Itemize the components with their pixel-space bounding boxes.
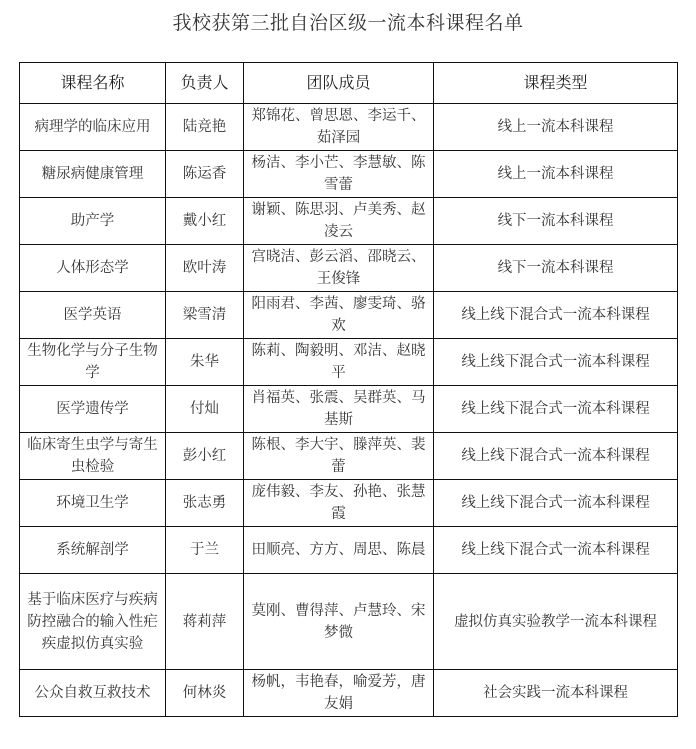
course-type-cell: 线上线下混合式一流本科课程 xyxy=(434,292,678,339)
table-row: 医学英语 梁雪清 阳雨君、李茜、廖雯琦、骆欢 线上线下混合式一流本科课程 xyxy=(20,292,678,339)
leader-cell: 蒋莉萍 xyxy=(166,574,244,670)
members-cell: 陈根、李大宇、滕萍英、裴蕾 xyxy=(243,433,433,480)
course-type-cell: 线上线下混合式一流本科课程 xyxy=(434,527,678,574)
course-name-cell: 医学英语 xyxy=(20,292,166,339)
course-name-cell: 助产学 xyxy=(20,198,166,245)
members-cell: 陈莉、陶毅明、邓洁、赵晓平 xyxy=(243,339,433,386)
table-row: 病理学的临床应用 陆竞艳 郑锦花、曾思恩、李运千、茹泽园 线上一流本科课程 xyxy=(20,104,678,151)
leader-cell: 戴小红 xyxy=(166,198,244,245)
course-type-cell: 线上线下混合式一流本科课程 xyxy=(434,339,678,386)
table-row: 医学遗传学 付灿 肖福英、张震、吴群英、马基斯 线上线下混合式一流本科课程 xyxy=(20,386,678,433)
course-type-cell: 社会实践一流本科课程 xyxy=(434,670,678,717)
course-name-cell: 环境卫生学 xyxy=(20,480,166,527)
members-cell: 阳雨君、李茜、廖雯琦、骆欢 xyxy=(243,292,433,339)
course-type-cell: 线上一流本科课程 xyxy=(434,151,678,198)
course-list-table: 课程名称 负责人 团队成员 课程类型 病理学的临床应用 陆竞艳 郑锦花、曾思恩、… xyxy=(19,62,678,717)
leader-cell: 陆竞艳 xyxy=(166,104,244,151)
header-course-name: 课程名称 xyxy=(20,63,166,104)
course-type-cell: 线下一流本科课程 xyxy=(434,245,678,292)
page-title: 我校获第三批自治区级一流本科课程名单 xyxy=(0,8,696,35)
course-name-cell: 临床寄生虫学与寄生虫检验 xyxy=(20,433,166,480)
members-cell: 庞伟毅、李友、孙艳、张慧霞 xyxy=(243,480,433,527)
course-name-cell: 医学遗传学 xyxy=(20,386,166,433)
course-name-cell: 生物化学与分子生物学 xyxy=(20,339,166,386)
members-cell: 莫刚、曹得萍、卢慧玲、宋梦微 xyxy=(243,574,433,670)
course-name-cell: 糖尿病健康管理 xyxy=(20,151,166,198)
course-type-cell: 线上一流本科课程 xyxy=(434,104,678,151)
table-row: 基于临床医疗与疾病防控融合的输入性疟疾虚拟仿真实验 蒋莉萍 莫刚、曹得萍、卢慧玲… xyxy=(20,574,678,670)
course-type-cell: 虚拟仿真实验教学一流本科课程 xyxy=(434,574,678,670)
leader-cell: 陈运香 xyxy=(166,151,244,198)
course-type-cell: 线上线下混合式一流本科课程 xyxy=(434,433,678,480)
table-row: 公众自救互救技术 何林炎 杨帆，韦艳春，喻爱芳，唐友娟 社会实践一流本科课程 xyxy=(20,670,678,717)
leader-cell: 付灿 xyxy=(166,386,244,433)
leader-cell: 张志勇 xyxy=(166,480,244,527)
members-cell: 田顺亮、方方、周思、陈晨 xyxy=(243,527,433,574)
header-course-type: 课程类型 xyxy=(434,63,678,104)
course-name-cell: 系统解剖学 xyxy=(20,527,166,574)
members-cell: 谢颖、陈思羽、卢美秀、赵凌云 xyxy=(243,198,433,245)
table-row: 助产学 戴小红 谢颖、陈思羽、卢美秀、赵凌云 线下一流本科课程 xyxy=(20,198,678,245)
table-header-row: 课程名称 负责人 团队成员 课程类型 xyxy=(20,63,678,104)
course-name-cell: 基于临床医疗与疾病防控融合的输入性疟疾虚拟仿真实验 xyxy=(20,574,166,670)
table-row: 糖尿病健康管理 陈运香 杨洁、李小芒、李慧敏、陈雪蕾 线上一流本科课程 xyxy=(20,151,678,198)
members-cell: 杨帆，韦艳春，喻爱芳，唐友娟 xyxy=(243,670,433,717)
table-row: 人体形态学 欧叶涛 宫晓洁、彭云滔、邵晓云、王俊锋 线下一流本科课程 xyxy=(20,245,678,292)
members-cell: 肖福英、张震、吴群英、马基斯 xyxy=(243,386,433,433)
course-type-cell: 线上线下混合式一流本科课程 xyxy=(434,480,678,527)
members-cell: 宫晓洁、彭云滔、邵晓云、王俊锋 xyxy=(243,245,433,292)
course-name-cell: 人体形态学 xyxy=(20,245,166,292)
course-name-cell: 病理学的临床应用 xyxy=(20,104,166,151)
table-row: 生物化学与分子生物学 朱华 陈莉、陶毅明、邓洁、赵晓平 线上线下混合式一流本科课… xyxy=(20,339,678,386)
members-cell: 郑锦花、曾思恩、李运千、茹泽园 xyxy=(243,104,433,151)
table-row: 系统解剖学 于兰 田顺亮、方方、周思、陈晨 线上线下混合式一流本科课程 xyxy=(20,527,678,574)
table-row: 临床寄生虫学与寄生虫检验 彭小红 陈根、李大宇、滕萍英、裴蕾 线上线下混合式一流… xyxy=(20,433,678,480)
course-type-cell: 线上线下混合式一流本科课程 xyxy=(434,386,678,433)
members-cell: 杨洁、李小芒、李慧敏、陈雪蕾 xyxy=(243,151,433,198)
leader-cell: 欧叶涛 xyxy=(166,245,244,292)
table-row: 环境卫生学 张志勇 庞伟毅、李友、孙艳、张慧霞 线上线下混合式一流本科课程 xyxy=(20,480,678,527)
course-type-cell: 线下一流本科课程 xyxy=(434,198,678,245)
header-team-members: 团队成员 xyxy=(243,63,433,104)
leader-cell: 彭小红 xyxy=(166,433,244,480)
leader-cell: 梁雪清 xyxy=(166,292,244,339)
leader-cell: 何林炎 xyxy=(166,670,244,717)
header-leader: 负责人 xyxy=(166,63,244,104)
leader-cell: 于兰 xyxy=(166,527,244,574)
leader-cell: 朱华 xyxy=(166,339,244,386)
course-name-cell: 公众自救互救技术 xyxy=(20,670,166,717)
